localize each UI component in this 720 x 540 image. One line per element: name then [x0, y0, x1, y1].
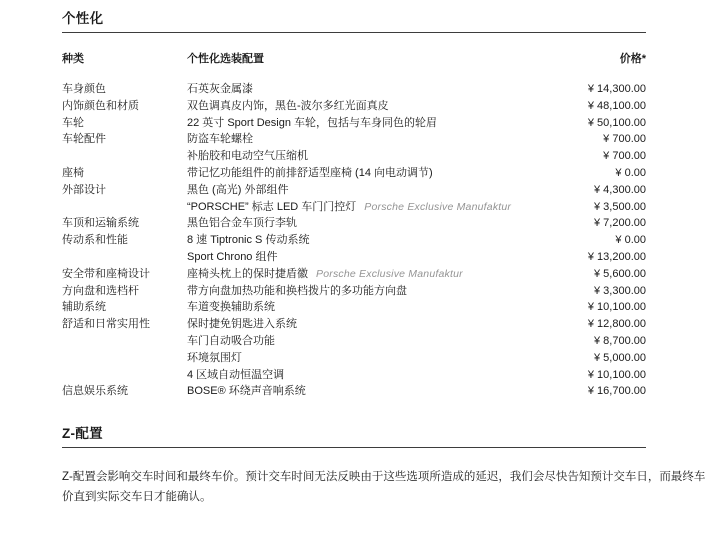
row-category — [62, 199, 187, 216]
row-category: 车轮 — [62, 115, 187, 132]
row-category — [62, 249, 187, 266]
row-category: 内饰颜色和材质 — [62, 98, 187, 115]
row-config-text: Sport Chrono 组件 — [187, 251, 277, 263]
row-config: 4 区域自动恒温空调 — [187, 367, 534, 384]
table-row: 车轮配件 防盗车轮螺栓 ¥ 700.00 — [62, 131, 646, 148]
row-price: ¥ 0.00 — [534, 232, 646, 249]
table-row: 座椅 带记忆功能组件的前排舒适型座椅 (14 向电动调节) ¥ 0.00 — [62, 165, 646, 182]
row-config: BOSE® 环绕声音响系统 — [187, 383, 534, 400]
row-category: 座椅 — [62, 165, 187, 182]
z-config-disclaimer: Z-配置会影响交车时间和最终车价。预计交车时间无法反映由于这些选项所造成的延迟，… — [62, 467, 710, 507]
table-row: Sport Chrono 组件 ¥ 13,200.00 — [62, 249, 646, 266]
row-price: ¥ 3,500.00 — [534, 199, 646, 216]
row-config: 保时捷免钥匙进入系统 — [187, 316, 534, 333]
row-config-suffix: Porsche Exclusive Manufaktur — [316, 268, 463, 280]
row-config: 石英灰金属漆 — [187, 81, 534, 98]
row-category: 车轮配件 — [62, 131, 187, 148]
table-row: 外部设计 黑色 (高光) 外部组件 ¥ 4,300.00 — [62, 182, 646, 199]
row-config-text: 黑色铝合金车顶行李轨 — [187, 217, 297, 229]
row-config-text: 4 区域自动恒温空调 — [187, 369, 284, 381]
personalization-section-title: 个性化 — [62, 7, 646, 33]
row-config-text: 双色调真皮内饰，黑色-波尔多红光面真皮 — [187, 100, 389, 112]
table-row: 方向盘和选档杆 带方向盘加热功能和换档拨片的多功能方向盘 ¥ 3,300.00 — [62, 283, 646, 300]
row-config: 座椅头枕上的保时捷盾徽Porsche Exclusive Manufaktur — [187, 266, 534, 283]
row-price: ¥ 10,100.00 — [534, 367, 646, 384]
table-row: 车门自动吸合功能 ¥ 8,700.00 — [62, 333, 646, 350]
row-config: 8 速 Tiptronic S 传动系统 — [187, 232, 534, 249]
row-price: ¥ 4,300.00 — [534, 182, 646, 199]
row-price: ¥ 50,100.00 — [534, 115, 646, 132]
row-config-text: 带记忆功能组件的前排舒适型座椅 (14 向电动调节) — [187, 167, 433, 179]
row-config: 黑色铝合金车顶行李轨 — [187, 215, 534, 232]
row-price: ¥ 8,700.00 — [534, 333, 646, 350]
row-config: 双色调真皮内饰，黑色-波尔多红光面真皮 — [187, 98, 534, 115]
row-config: 22 英寸 Sport Design 车轮，包括与车身同色的轮眉 — [187, 115, 534, 132]
row-config-text: 车道变换辅助系统 — [187, 301, 275, 313]
table-row: 安全带和座椅设计 座椅头枕上的保时捷盾徽Porsche Exclusive Ma… — [62, 266, 646, 283]
row-config-text: 黑色 (高光) 外部组件 — [187, 184, 288, 196]
options-table-body: 车身颜色 石英灰金属漆 ¥ 14,300.00 内饰颜色和材质 双色调真皮内饰，… — [62, 81, 646, 400]
row-price: ¥ 700.00 — [534, 148, 646, 165]
row-category: 方向盘和选档杆 — [62, 283, 187, 300]
table-row: 车身颜色 石英灰金属漆 ¥ 14,300.00 — [62, 81, 646, 98]
row-category: 舒适和日常实用性 — [62, 316, 187, 333]
row-category — [62, 333, 187, 350]
table-row: “PORSCHE” 标志 LED 车门门控灯Porsche Exclusive … — [62, 199, 646, 216]
row-config: 黑色 (高光) 外部组件 — [187, 182, 534, 199]
row-config-text: “PORSCHE” 标志 LED 车门门控灯 — [187, 201, 356, 213]
row-price: ¥ 5,600.00 — [534, 266, 646, 283]
row-config-text: 石英灰金属漆 — [187, 83, 253, 95]
row-config-text: BOSE® 环绕声音响系统 — [187, 385, 306, 397]
row-category: 外部设计 — [62, 182, 187, 199]
z-config-section: Z-配置 Z-配置会影响交车时间和最终车价。预计交车时间无法反映由于这些选项所造… — [62, 422, 646, 507]
row-category — [62, 367, 187, 384]
row-config: 带记忆功能组件的前排舒适型座椅 (14 向电动调节) — [187, 165, 534, 182]
row-price: ¥ 14,300.00 — [534, 81, 646, 98]
personalization-section: 个性化 种类 个性化选装配置 价格* 车身颜色 石英灰金属漆 ¥ 14,300.… — [62, 7, 646, 400]
row-price: ¥ 13,200.00 — [534, 249, 646, 266]
column-header-price: 价格* — [534, 50, 646, 81]
options-table: 种类 个性化选装配置 价格* 车身颜色 石英灰金属漆 ¥ 14,300.00 内… — [62, 50, 646, 400]
table-row: 车轮 22 英寸 Sport Design 车轮，包括与车身同色的轮眉 ¥ 50… — [62, 115, 646, 132]
row-category: 信息娱乐系统 — [62, 383, 187, 400]
column-header-config: 个性化选装配置 — [187, 50, 534, 81]
table-row: 4 区域自动恒温空调 ¥ 10,100.00 — [62, 367, 646, 384]
row-config-text: 22 英寸 Sport Design 车轮，包括与车身同色的轮眉 — [187, 117, 437, 129]
table-row: 辅助系统 车道变换辅助系统 ¥ 10,100.00 — [62, 299, 646, 316]
row-config-text: 带方向盘加热功能和换档拨片的多功能方向盘 — [187, 285, 407, 297]
row-config-text: 环境氛围灯 — [187, 352, 242, 364]
table-row: 内饰颜色和材质 双色调真皮内饰，黑色-波尔多红光面真皮 ¥ 48,100.00 — [62, 98, 646, 115]
row-config-text: 保时捷免钥匙进入系统 — [187, 318, 297, 330]
row-config: 补胎胶和电动空气压缩机 — [187, 148, 534, 165]
table-row: 车顶和运输系统 黑色铝合金车顶行李轨 ¥ 7,200.00 — [62, 215, 646, 232]
table-row: 舒适和日常实用性 保时捷免钥匙进入系统 ¥ 12,800.00 — [62, 316, 646, 333]
row-config-text: 补胎胶和电动空气压缩机 — [187, 150, 308, 162]
table-header-row: 种类 个性化选装配置 价格* — [62, 50, 646, 81]
row-price: ¥ 5,000.00 — [534, 350, 646, 367]
column-header-category: 种类 — [62, 50, 187, 81]
row-category — [62, 148, 187, 165]
row-price: ¥ 48,100.00 — [534, 98, 646, 115]
row-price: ¥ 7,200.00 — [534, 215, 646, 232]
row-config-text: 防盗车轮螺栓 — [187, 133, 253, 145]
row-config: 车道变换辅助系统 — [187, 299, 534, 316]
row-config: 带方向盘加热功能和换档拨片的多功能方向盘 — [187, 283, 534, 300]
row-price: ¥ 3,300.00 — [534, 283, 646, 300]
table-row: 传动系和性能 8 速 Tiptronic S 传动系统 ¥ 0.00 — [62, 232, 646, 249]
row-category: 传动系和性能 — [62, 232, 187, 249]
z-config-section-title: Z-配置 — [62, 422, 646, 448]
row-price: ¥ 10,100.00 — [534, 299, 646, 316]
row-price: ¥ 700.00 — [534, 131, 646, 148]
row-price: ¥ 0.00 — [534, 165, 646, 182]
table-row: 环境氛围灯 ¥ 5,000.00 — [62, 350, 646, 367]
table-row: 信息娱乐系统 BOSE® 环绕声音响系统 ¥ 16,700.00 — [62, 383, 646, 400]
row-config: 环境氛围灯 — [187, 350, 534, 367]
row-config-text: 车门自动吸合功能 — [187, 335, 275, 347]
row-price: ¥ 12,800.00 — [534, 316, 646, 333]
row-config-text: 座椅头枕上的保时捷盾徽 — [187, 268, 308, 280]
row-category: 安全带和座椅设计 — [62, 266, 187, 283]
row-category: 车身颜色 — [62, 81, 187, 98]
row-config-text: 8 速 Tiptronic S 传动系统 — [187, 234, 309, 246]
row-category: 车顶和运输系统 — [62, 215, 187, 232]
row-price: ¥ 16,700.00 — [534, 383, 646, 400]
row-category: 辅助系统 — [62, 299, 187, 316]
row-config: 防盗车轮螺栓 — [187, 131, 534, 148]
table-row: 补胎胶和电动空气压缩机 ¥ 700.00 — [62, 148, 646, 165]
row-config: “PORSCHE” 标志 LED 车门门控灯Porsche Exclusive … — [187, 199, 534, 216]
row-category — [62, 350, 187, 367]
row-config-suffix: Porsche Exclusive Manufaktur — [364, 201, 511, 213]
row-config: 车门自动吸合功能 — [187, 333, 534, 350]
document-page: 个性化 种类 个性化选装配置 价格* 车身颜色 石英灰金属漆 ¥ 14,300.… — [0, 0, 720, 540]
row-config: Sport Chrono 组件 — [187, 249, 534, 266]
